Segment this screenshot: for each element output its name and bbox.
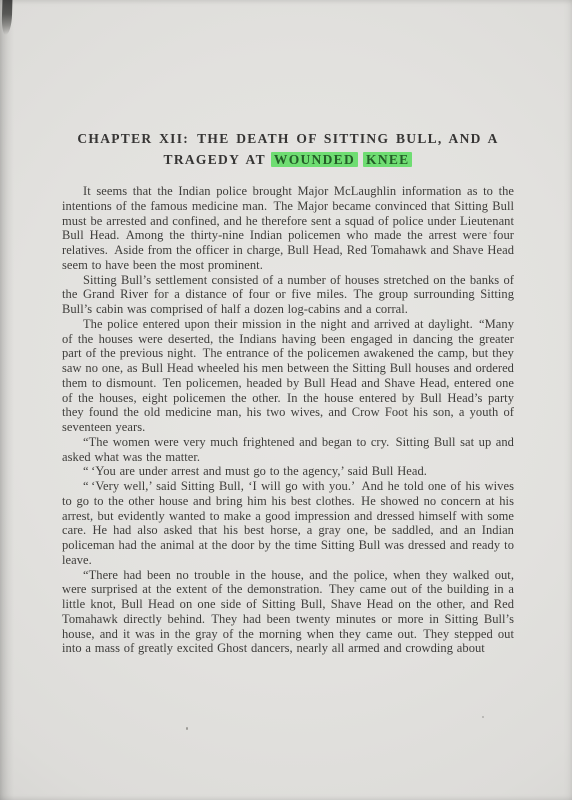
page-content: CHAPTER XII: THE DEATH OF SITTING BULL, … [62,128,514,656]
paper-speck [482,716,484,718]
paragraph: Sitting Bull’s settlement consisted of a… [62,273,514,317]
highlight-wounded: WOUNDED [271,152,358,167]
highlight-knee: KNEE [363,152,412,167]
chapter-title-line2: TRAGEDY ATWOUNDEDKNEE [62,149,514,170]
paper-speck [186,727,188,730]
paragraph: “ ‘You are under arrest and must go to t… [62,464,514,479]
page-edge-shadow [0,0,14,800]
paragraph: “The women were very much frightened and… [62,435,514,465]
chapter-title-line1: CHAPTER XII: THE DEATH OF SITTING BULL, … [62,128,514,149]
body-text: It seems that the Indian police brought … [62,184,514,656]
book-page-scan: CHAPTER XII: THE DEATH OF SITTING BULL, … [0,0,572,800]
paragraph: “ ‘Very well,’ said Sitting Bull, ‘I wil… [62,479,514,568]
paragraph: “There had been no trouble in the house,… [62,568,514,657]
paragraph: It seems that the Indian police brought … [62,184,514,273]
paragraph: The police entered upon their mission in… [62,317,514,435]
chapter-title-line2-text: TRAGEDY AT [164,152,266,167]
chapter-title: CHAPTER XII: THE DEATH OF SITTING BULL, … [62,128,514,170]
